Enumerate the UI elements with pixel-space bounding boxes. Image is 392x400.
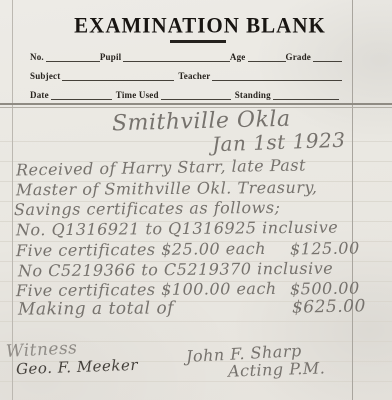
field-line-teacher: [212, 71, 342, 81]
field-label-date: Date: [30, 90, 51, 100]
field-line-grade: [313, 52, 342, 62]
signer-title: Acting P.M.: [228, 358, 326, 380]
handwriting-line-3: Savings certificates as follows;: [14, 198, 281, 219]
form-row-2: Subject Teacher: [30, 71, 342, 81]
handwriting-line-2: Master of Smithville Okl. Treasury,: [16, 178, 318, 200]
field-label-age: Age: [230, 52, 248, 62]
field-line-standing: [273, 90, 339, 100]
handwriting-amount-125: $125.00: [290, 238, 360, 258]
handwriting-line-8: Making a total of: [18, 298, 174, 319]
handwriting-line-5: Five certificates $25.00 each: [16, 239, 266, 260]
handwriting-date: Jan 1st 1923: [212, 128, 346, 157]
right-margin-line: [352, 0, 353, 400]
left-margin-line: [12, 0, 13, 400]
form-row-1: No. Pupil Age Grade: [30, 52, 342, 62]
handwriting-amount-500: $500.00: [290, 278, 360, 298]
field-label-teacher: Teacher: [174, 71, 212, 81]
form-title: EXAMINATION BLANK: [60, 12, 340, 38]
form-row-3: Date Time Used Standing: [30, 90, 342, 100]
handwriting-line-7: Five certificates $100.00 each: [16, 279, 277, 300]
field-line-time-used: [161, 90, 231, 100]
field-label-pupil: Pupil: [100, 52, 124, 62]
handwriting-line-6: No C5219366 to C5219370 inclusive: [18, 259, 333, 281]
field-line-pupil: [123, 52, 230, 62]
field-line-subject: [62, 71, 174, 81]
handwriting-line-4: No. Q1316921 to Q1316925 inclusive: [16, 218, 338, 240]
header-separator-line: [0, 103, 392, 108]
field-line-no: [46, 52, 100, 62]
field-label-standing: Standing: [231, 90, 273, 100]
field-label-time-used: Time Used: [112, 90, 161, 100]
title-underline: [170, 40, 226, 43]
field-label-grade: Grade: [286, 52, 314, 62]
scanned-document-page: EXAMINATION BLANK No. Pupil Age Grade Su…: [0, 0, 392, 400]
handwriting-amount-625: $625.00: [292, 296, 366, 317]
field-line-age: [248, 52, 286, 62]
field-label-subject: Subject: [30, 71, 62, 81]
field-label-no: No.: [30, 52, 46, 62]
field-line-date: [51, 90, 112, 100]
